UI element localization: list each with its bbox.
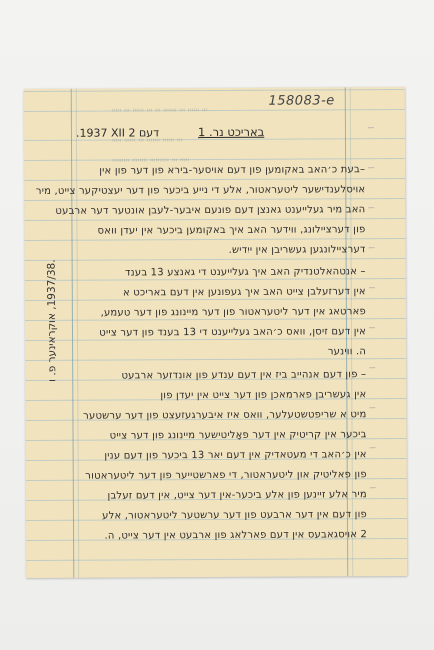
text-line: פון דערציילונג, ווידער האב איך באקומען ב… — [97, 224, 365, 236]
text-line: אין כ׳האב די מעטאדיק אין דעם יאר 13 ביכע… — [104, 449, 366, 461]
paragraph-2: – אנטהאלטנדיק האב איך געלייענט די גאנצע … — [24, 87, 405, 89]
text-line: – אנטהאלטנדיק האב איך געלייענט די גאנצע … — [125, 266, 366, 278]
handwritten-document-page: ייי יייייי ייי ייייייי ייי ייי יייייי יי… — [24, 87, 408, 578]
text-line: פון פאליטיק און ליטעראטור, די פארשטייער … — [85, 469, 367, 481]
text-line: ה. ווינער — [328, 346, 366, 357]
text-line: אין דעם זיסן, וואס כ׳האב געלייענט די 13 … — [99, 326, 366, 338]
catalog-number: 158083-e — [268, 93, 334, 108]
text-line: פארטאג אין דער ליטעראטור פון דער מיינונג… — [101, 306, 366, 318]
text-line: 2 אויסגאבעס אין דעם פארלאג פון ארבעט אין… — [104, 529, 367, 541]
text-line: דערציילונגען געשריבן אין ייִדיש. — [229, 244, 366, 256]
header-date: .1937 XII 2 דעם — [76, 126, 159, 139]
document-header: .1937 XII 2 דעם באריכט נר. 1 — [76, 125, 346, 144]
text-line: –בעת כ׳האב באקומען פון דעם אויסער-בירא פ… — [99, 164, 365, 176]
paragraph-1: –בעת כ׳האב באקומען פון דעם אויסער-בירא פ… — [24, 87, 405, 89]
left-margin-line — [71, 89, 75, 578]
paragraph-3: – פון דעם אנהייב ביז אין דעם ענדע פון או… — [24, 87, 405, 89]
text-line: מיר אלע זיינען פון אלע ביכער-אין דער ציי… — [107, 489, 366, 501]
text-line: – פון דעם אנהייב ביז אין דעם ענדע פון או… — [121, 369, 366, 381]
text-line: אויסלענדישער ליטעראטור, אלע די נייע ביכע… — [36, 184, 365, 197]
document-title: באריכט נר. 1 — [198, 125, 264, 139]
text-line: אין דערזעלבן צייט האב איך געפונען אין דע… — [123, 286, 366, 298]
margin-side-note: .1937/38, אוקראינער פ. ו — [46, 259, 59, 381]
left-margin-line-inner — [76, 89, 80, 578]
text-line: פון דעם אין דער ארבעט פון דער ערשטער ליט… — [102, 509, 367, 521]
text-line: ביכער אין קריטיק אין דער פאָליטישער מיינ… — [110, 429, 367, 441]
text-line: האב מיר געלייענט גאנצן דעם פונעם איבער-ל… — [55, 204, 365, 217]
text-line: אין געשריבן פארמאכן פון דער צייט אין יעד… — [160, 389, 366, 401]
text-line: מיט א שריפטשטעלער, וואס איז איבערגעזעצט … — [83, 409, 366, 421]
